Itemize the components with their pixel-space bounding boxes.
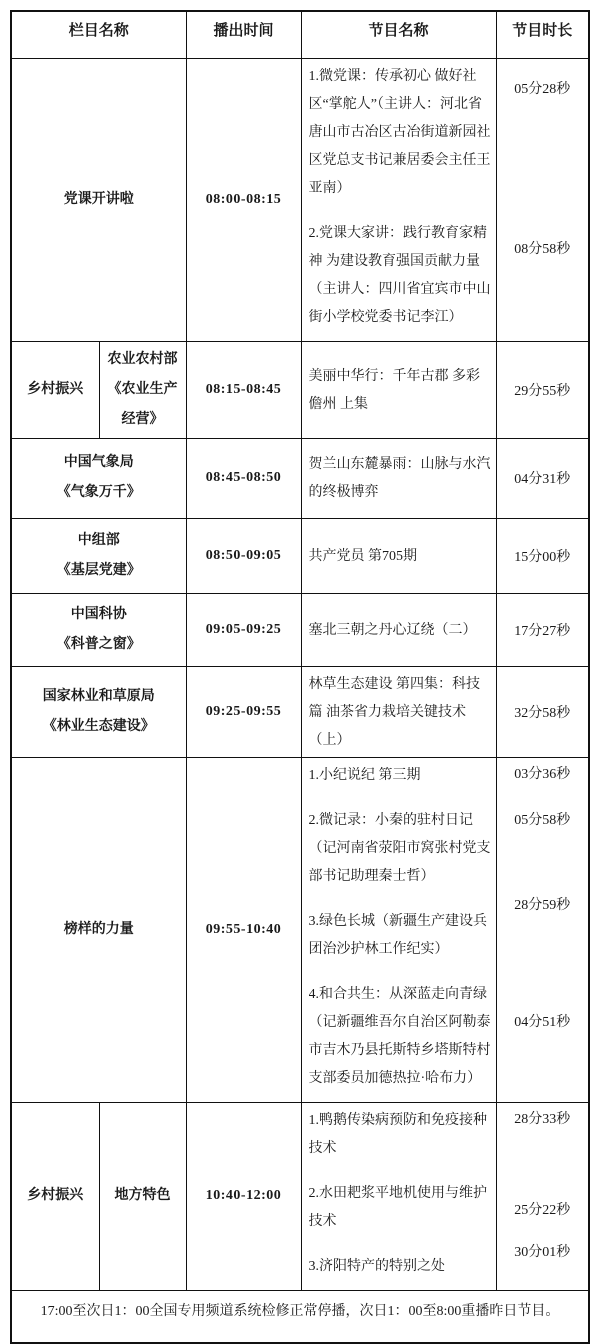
- program-item: 4.和合共生：从深蓝走向青绿（记新疆维吾尔自治区阿勒泰市吉木乃县托斯特乡塔斯特村…: [309, 981, 493, 1093]
- program-item: 塞北三朝之丹心辽绕（二）: [309, 617, 493, 645]
- column-subname-cell: 地方特色: [99, 1102, 186, 1290]
- program-item: 1.微党课：传承初心 做好社区“掌舵人”（主讲人：河北省唐山市古冶区古冶街道新园…: [309, 63, 493, 203]
- table-row: 乡村振兴 地方特色 10:40-12:00 1.鸭鹅传染病预防和免疫接种技术 2…: [11, 1102, 589, 1290]
- program-name-cell: 林草生态建设 第四集：科技篇 油茶省力栽培关键技术（上）: [301, 666, 496, 757]
- broadcast-time-cell: 09:05-09:25: [186, 593, 301, 666]
- program-name-cell: 美丽中华行：千年古郡 多彩儋州 上集: [301, 341, 496, 438]
- duration-value: 30分01秒: [497, 1239, 589, 1267]
- header-column-name: 栏目名称: [11, 11, 186, 58]
- program-item: 2.党课大家讲：践行教育家精神 为建设教育强国贡献力量（主讲人：四川省宜宾市中山…: [309, 220, 493, 332]
- table-row: 中国科协 《科普之窗》 09:05-09:25 塞北三朝之丹心辽绕（二） 17分…: [11, 593, 589, 666]
- program-item: 1.小纪说纪 第三期: [309, 762, 493, 790]
- program-item: 林草生态建设 第四集：科技篇 油茶省力栽培关键技术（上）: [309, 671, 493, 755]
- broadcast-time-cell: 08:45-08:50: [186, 438, 301, 518]
- footer-note: 17:00至次日1：00全国专用频道系统检修正常停播，次日1：00至8:00重播…: [11, 1290, 589, 1343]
- program-name-cell: 共产党员 第705期: [301, 518, 496, 593]
- duration-value: 25分22秒: [497, 1197, 589, 1225]
- program-duration-cell: 05分28秒 08分58秒: [496, 58, 589, 341]
- table-row: 榜样的力量 09:55-10:40 1.小纪说纪 第三期 2.微记录：小秦的驻村…: [11, 757, 589, 1102]
- column-name-cell: 中组部 《基层党建》: [11, 518, 186, 593]
- duration-value: 29分55秒: [497, 380, 589, 400]
- column-subname-cell: 农业农村部 《农业生产 经营》: [99, 341, 186, 438]
- table-row: 党课开讲啦 08:00-08:15 1.微党课：传承初心 做好社区“掌舵人”（主…: [11, 58, 589, 341]
- program-item: 共产党员 第705期: [309, 543, 493, 571]
- program-schedule-page: 栏目名称 播出时间 节目名称 节目时长 党课开讲啦 08:00-08:15 1.…: [0, 0, 599, 1344]
- header-row: 栏目名称 播出时间 节目名称 节目时长: [11, 11, 589, 58]
- program-name-cell: 贺兰山东麓暴雨：山脉与水汽的终极博弈: [301, 438, 496, 518]
- duration-value: 28分33秒: [497, 1106, 589, 1134]
- column-name-cell: 乡村振兴: [11, 341, 99, 438]
- duration-value: 05分58秒: [497, 807, 589, 835]
- duration-value: 05分28秒: [497, 76, 589, 104]
- program-duration-cell: 32分58秒: [496, 666, 589, 757]
- header-program-duration: 节目时长: [496, 11, 589, 58]
- duration-value: 04分51秒: [497, 1009, 589, 1037]
- program-item: 2.微记录：小秦的驻村日记（记河南省荥阳市窝张村党支部书记助理秦士哲）: [309, 807, 493, 891]
- program-item: 3.绿色长城（新疆生产建设兵团治沙护林工作纪实）: [309, 908, 493, 964]
- duration-value: 04分31秒: [497, 468, 589, 488]
- header-program-name: 节目名称: [301, 11, 496, 58]
- broadcast-time-cell: 08:00-08:15: [186, 58, 301, 341]
- table-row: 乡村振兴 农业农村部 《农业生产 经营》 08:15-08:45 美丽中华行：千…: [11, 341, 589, 438]
- column-name-cell: 党课开讲啦: [11, 58, 186, 341]
- program-item: 2.水田耙浆平地机使用与维护技术: [309, 1180, 493, 1236]
- program-item: 1.鸭鹅传染病预防和免疫接种技术: [309, 1107, 493, 1163]
- column-name-cell: 国家林业和草原局 《林业生态建设》: [11, 666, 186, 757]
- program-duration-cell: 17分27秒: [496, 593, 589, 666]
- column-name-cell: 乡村振兴: [11, 1102, 99, 1290]
- program-name-cell: 1.微党课：传承初心 做好社区“掌舵人”（主讲人：河北省唐山市古冶区古冶街道新园…: [301, 58, 496, 341]
- program-duration-cell: 15分00秒: [496, 518, 589, 593]
- duration-value: 28分59秒: [497, 892, 589, 920]
- program-item: 贺兰山东麓暴雨：山脉与水汽的终极博弈: [309, 451, 493, 507]
- duration-value: 32分58秒: [497, 702, 589, 722]
- program-name-cell: 1.小纪说纪 第三期 2.微记录：小秦的驻村日记（记河南省荥阳市窝张村党支部书记…: [301, 757, 496, 1102]
- table-row: 中国气象局 《气象万千》 08:45-08:50 贺兰山东麓暴雨：山脉与水汽的终…: [11, 438, 589, 518]
- program-duration-cell: 28分33秒 25分22秒 30分01秒: [496, 1102, 589, 1290]
- program-duration-cell: 03分36秒 05分58秒 28分59秒 04分51秒: [496, 757, 589, 1102]
- header-broadcast-time: 播出时间: [186, 11, 301, 58]
- column-name-cell: 榜样的力量: [11, 757, 186, 1102]
- program-item: 3.济阳特产的特别之处: [309, 1253, 493, 1281]
- column-name-cell: 中国科协 《科普之窗》: [11, 593, 186, 666]
- broadcast-time-cell: 09:25-09:55: [186, 666, 301, 757]
- duration-value: 17分27秒: [497, 620, 589, 640]
- duration-value: 15分00秒: [497, 546, 589, 566]
- duration-value: 03分36秒: [497, 761, 589, 789]
- program-name-cell: 1.鸭鹅传染病预防和免疫接种技术 2.水田耙浆平地机使用与维护技术 3.济阳特产…: [301, 1102, 496, 1290]
- table-row: 国家林业和草原局 《林业生态建设》 09:25-09:55 林草生态建设 第四集…: [11, 666, 589, 757]
- column-name-cell: 中国气象局 《气象万千》: [11, 438, 186, 518]
- broadcast-time-cell: 08:50-09:05: [186, 518, 301, 593]
- duration-value: 08分58秒: [497, 236, 589, 264]
- table-row: 中组部 《基层党建》 08:50-09:05 共产党员 第705期 15分00秒: [11, 518, 589, 593]
- program-name-cell: 塞北三朝之丹心辽绕（二）: [301, 593, 496, 666]
- program-item: 美丽中华行：千年古郡 多彩儋州 上集: [309, 363, 493, 419]
- broadcast-time-cell: 09:55-10:40: [186, 757, 301, 1102]
- broadcast-time-cell: 10:40-12:00: [186, 1102, 301, 1290]
- program-duration-cell: 29分55秒: [496, 341, 589, 438]
- program-duration-cell: 04分31秒: [496, 438, 589, 518]
- broadcast-time-cell: 08:15-08:45: [186, 341, 301, 438]
- footer-row: 17:00至次日1：00全国专用频道系统检修正常停播，次日1：00至8:00重播…: [11, 1290, 589, 1343]
- program-schedule-table: 栏目名称 播出时间 节目名称 节目时长 党课开讲啦 08:00-08:15 1.…: [10, 10, 590, 1344]
